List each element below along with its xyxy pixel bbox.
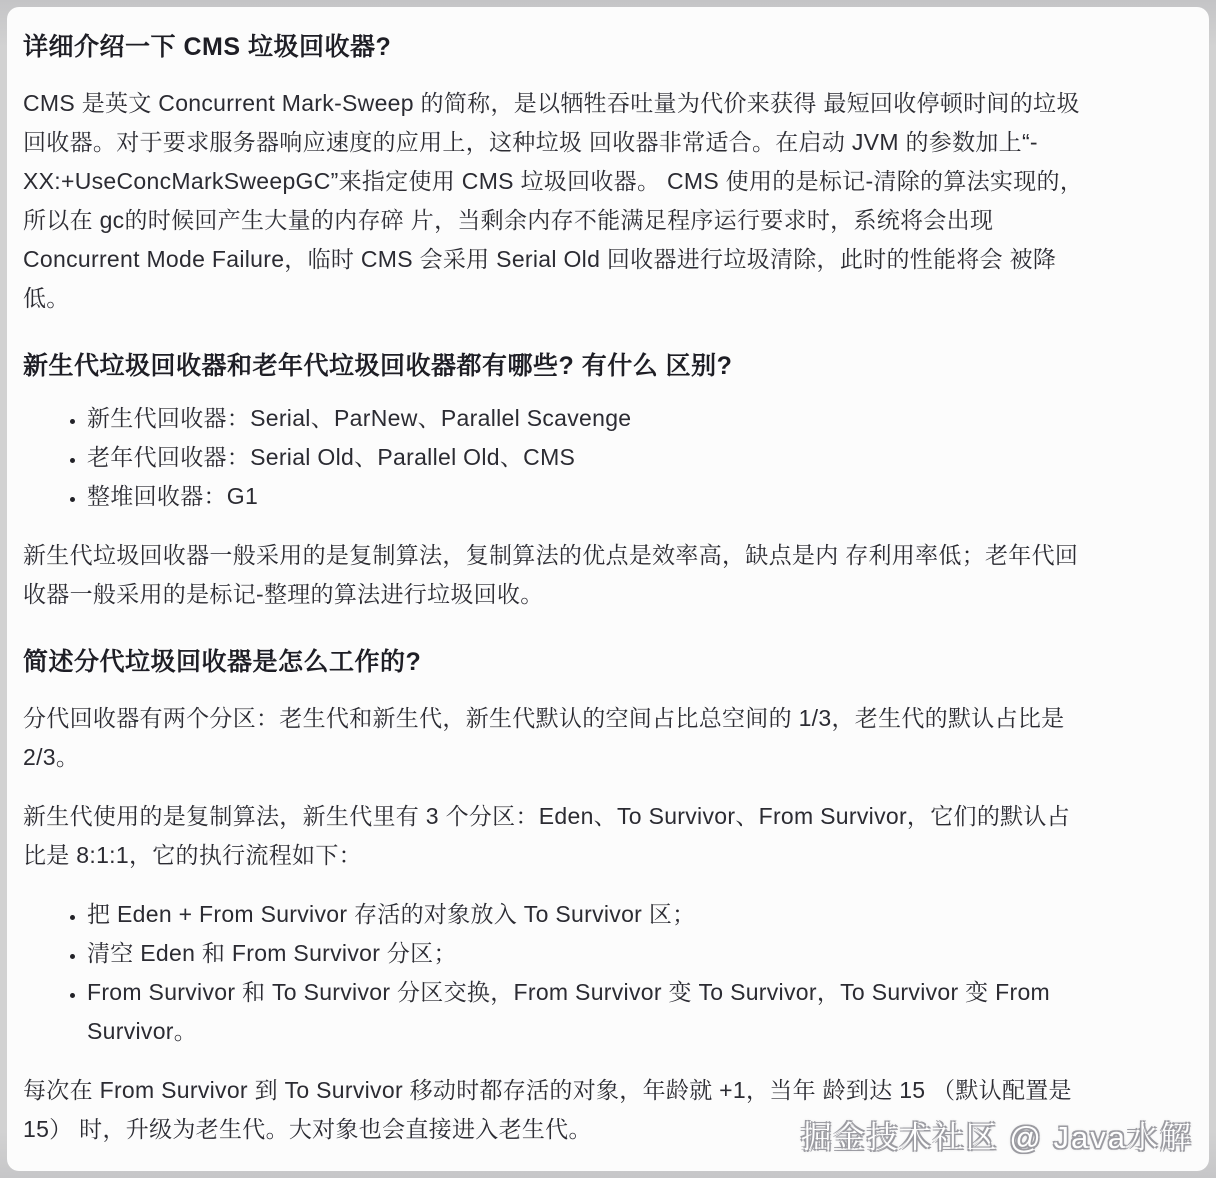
list-item: 新生代回收器：Serial、ParNew、Parallel Scavenge — [87, 399, 1187, 438]
heading-generational-gc-workflow: 简述分代垃圾回收器是怎么工作的? — [23, 646, 1187, 679]
collector-types-list: 新生代回收器：Serial、ParNew、Parallel Scavenge 老… — [23, 399, 1187, 516]
page-background: 详细介绍一下 CMS 垃圾回收器? CMS 是英文 Concurrent Mar… — [0, 0, 1216, 1178]
list-item: 把 Eden + From Survivor 存活的对象放入 To Surviv… — [87, 895, 1187, 934]
paragraph-object-aging: 每次在 From Survivor 到 To Survivor 移动时都存活的对… — [23, 1071, 1187, 1149]
list-item: 清空 Eden 和 From Survivor 分区； — [87, 934, 1187, 973]
list-item: From Survivor 和 To Survivor 分区交换，From Su… — [87, 973, 1187, 1051]
heading-cms-collector: 详细介绍一下 CMS 垃圾回收器? — [23, 31, 1187, 64]
paragraph-cms-description: CMS 是英文 Concurrent Mark-Sweep 的简称，是以牺牲吞吐… — [23, 84, 1187, 318]
heading-generation-collectors: 新生代垃圾回收器和老年代垃圾回收器都有哪些? 有什么 区别? — [23, 350, 1187, 383]
article-page: 详细介绍一下 CMS 垃圾回收器? CMS 是英文 Concurrent Mar… — [7, 7, 1209, 1171]
list-item: 老年代回收器：Serial Old、Parallel Old、CMS — [87, 438, 1187, 477]
paragraph-newgen-partitions: 新生代使用的是复制算法，新生代里有 3 个分区：Eden、To Survivor… — [23, 797, 1187, 875]
gc-steps-list: 把 Eden + From Survivor 存活的对象放入 To Surviv… — [23, 895, 1187, 1051]
paragraph-partitions: 分代回收器有两个分区：老生代和新生代，新生代默认的空间占比总空间的 1/3，老生… — [23, 699, 1187, 777]
paragraph-algorithm-comparison: 新生代垃圾回收器一般采用的是复制算法，复制算法的优点是效率高，缺点是内 存利用率… — [23, 536, 1187, 614]
list-item: 整堆回收器：G1 — [87, 477, 1187, 516]
